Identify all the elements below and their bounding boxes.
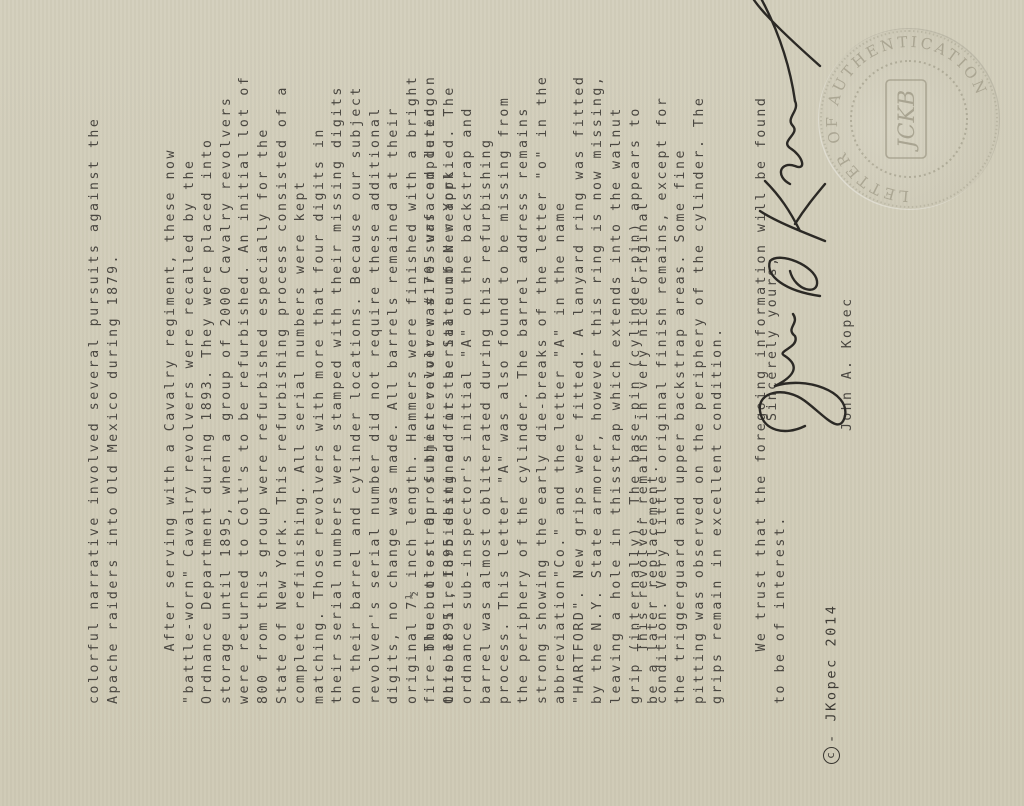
- copyright-icon: c: [823, 747, 840, 764]
- letter-line: were returned to Colt's to be refurbishe…: [238, 75, 251, 704]
- letter-line: on their barrel and cylinder locations. …: [350, 85, 363, 704]
- letter-line: "HARTFORD". New grips were fitted. A lan…: [573, 75, 586, 704]
- letter-line: condition. Very little original finish r…: [656, 96, 669, 704]
- letter-line: barrel was almost obliterated during thi…: [480, 138, 493, 704]
- letter-line: Ordnance Department during 1893. They we…: [201, 138, 214, 704]
- letter-line: process. This letter "A" was also found …: [498, 96, 511, 704]
- letter-line: their serial numbers were stamped with t…: [331, 85, 344, 704]
- letter-line: strong showing the early die-breaks of t…: [536, 75, 549, 704]
- letter-line: abbreviation"Co." and the letter "A" in …: [554, 201, 567, 705]
- letter-line: After serving with a Cavalry regiment, t…: [164, 148, 177, 704]
- letter-line: ordnance sub-inspector's initial "A" on …: [461, 106, 474, 704]
- letter-line: original 7½ inch length. Hammers were fi…: [406, 75, 419, 704]
- letter-line: storage until 1895, when a group of 2000…: [220, 96, 233, 704]
- letter-line: colorful narrative involved several purs…: [88, 117, 101, 704]
- letter-line: this 1895 refurbishing and its serial nu…: [443, 85, 456, 704]
- letter-line: the periphery of the cylinder. The barre…: [517, 106, 530, 704]
- letter-line: the triggerguard and upper backstrap are…: [674, 148, 687, 704]
- letter-line: State of New York. This refurbishing pro…: [276, 85, 289, 704]
- letter-line: Apache raiders into Old Mexico during 18…: [107, 253, 120, 704]
- letter-line: digits, no change was made. All barrels …: [387, 106, 400, 704]
- letter-line: 800 from this group were refurbished esp…: [257, 127, 270, 704]
- letter-line: leaving a hole in thisstrap which extend…: [610, 106, 623, 704]
- letter-line: revolver's serial number did not require…: [369, 106, 382, 704]
- letter-line: pitting was observed on the periphery of…: [693, 96, 706, 704]
- letter-line: "battle-worn" Cavalry revolvers were rec…: [183, 159, 196, 704]
- rotated-letter-body: colorful narrative involved several purs…: [0, 0, 1024, 806]
- letter-line: to be of interest.: [774, 515, 787, 704]
- letter-line: The butt-strap of thisrevolver was re-su…: [424, 96, 437, 704]
- letter-line: complete refinishing. All serial numbers…: [294, 180, 307, 704]
- letter-line: This revolver remains in very nice origi…: [637, 201, 650, 705]
- handwritten-signature: [745, 0, 870, 446]
- letter-line: grips remain in excellent condition.: [711, 326, 724, 704]
- letter-line: matching. Those revolvers with more that…: [313, 127, 326, 704]
- copyright-text: - JKopec 2014: [824, 604, 840, 743]
- seal-monogram: JCKB: [895, 90, 920, 152]
- letter-line: by the N.Y. State armorer, however this …: [591, 75, 604, 704]
- scanned-letter-page: colorful narrative involved several purs…: [0, 0, 1024, 806]
- copyright-notice: c- JKopec 2014: [823, 604, 840, 764]
